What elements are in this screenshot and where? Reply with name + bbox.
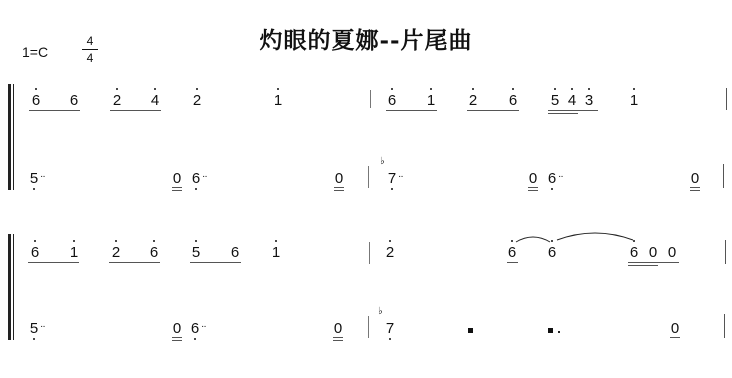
augmentation-dot — [558, 331, 560, 333]
tie-slur — [516, 234, 552, 244]
augmentation-dots: ·· — [202, 171, 207, 182]
augmentation-dots: ·· — [40, 321, 45, 332]
augmentation-dots: ·· — [398, 171, 403, 182]
extension-dash — [548, 328, 553, 333]
underline — [333, 337, 343, 338]
underline — [172, 190, 182, 191]
note: 6 — [29, 245, 41, 261]
flat-accidental: ♭ — [378, 306, 383, 317]
barline — [368, 166, 369, 188]
note: 6 — [148, 245, 160, 261]
system-2-brace-thick — [8, 234, 11, 340]
note: 5 — [190, 245, 202, 261]
rest: 0 — [333, 171, 345, 187]
rest: 0 — [527, 171, 539, 187]
note: 6 — [506, 245, 518, 261]
underline — [334, 190, 344, 191]
underline — [172, 187, 182, 188]
note: 2 — [384, 245, 396, 261]
note: 6 — [546, 171, 558, 187]
augmentation-dots: ·· — [40, 171, 45, 182]
note: 7 — [386, 171, 398, 187]
note: 6 — [189, 321, 201, 337]
extension-dash — [468, 328, 473, 333]
underline — [548, 110, 598, 111]
barline — [370, 90, 371, 108]
rest: 0 — [171, 171, 183, 187]
note: 6 — [507, 93, 519, 109]
note: 6 — [386, 93, 398, 109]
underline — [172, 340, 182, 341]
note: 6 — [546, 245, 558, 261]
rest: 0 — [666, 245, 678, 261]
note: 4 — [566, 93, 578, 109]
note: 7 — [384, 321, 396, 337]
note: 2 — [467, 93, 479, 109]
note: 1 — [628, 93, 640, 109]
note: 6 — [30, 93, 42, 109]
rest: 0 — [689, 171, 701, 187]
underline — [507, 262, 518, 263]
note: 6 — [68, 93, 80, 109]
rest: 0 — [332, 321, 344, 337]
rest: 0 — [647, 245, 659, 261]
underline — [690, 187, 700, 188]
note: 3 — [583, 93, 595, 109]
underline — [628, 265, 658, 266]
underline — [528, 187, 538, 188]
underline — [190, 262, 241, 263]
note: 2 — [110, 245, 122, 261]
time-signature-bottom: 4 — [87, 51, 94, 65]
barline — [723, 164, 724, 188]
barline — [369, 242, 370, 264]
rest: 0 — [669, 321, 681, 337]
underline — [386, 110, 437, 111]
note: 5 — [549, 93, 561, 109]
system-1-brace-thin — [13, 84, 14, 190]
time-signature-top: 4 — [87, 34, 94, 48]
underline — [29, 110, 80, 111]
underline — [628, 262, 679, 263]
system-1-brace-thick — [8, 84, 11, 190]
note: 1 — [68, 245, 80, 261]
underline — [690, 190, 700, 191]
time-signature: 4 4 — [82, 34, 98, 65]
underline — [548, 113, 578, 114]
barline — [726, 88, 727, 110]
barline — [725, 240, 726, 264]
note: 1 — [425, 93, 437, 109]
system-2-brace-thin — [13, 234, 14, 340]
note: 6 — [229, 245, 241, 261]
note: 2 — [111, 93, 123, 109]
note: 5 — [28, 321, 40, 337]
note: 2 — [191, 93, 203, 109]
underline — [333, 340, 343, 341]
underline — [28, 262, 79, 263]
rest: 0 — [171, 321, 183, 337]
note: 6 — [628, 245, 640, 261]
augmentation-dots: ·· — [558, 171, 563, 182]
underline — [670, 337, 680, 338]
note: 4 — [149, 93, 161, 109]
tie-slur — [557, 230, 637, 242]
underline — [172, 337, 182, 338]
barline — [724, 314, 725, 338]
underline — [334, 187, 344, 188]
time-signature-line — [82, 49, 98, 50]
augmentation-dots: ·· — [201, 321, 206, 332]
note: 1 — [272, 93, 284, 109]
note: 5 — [28, 171, 40, 187]
underline — [467, 110, 519, 111]
score-title: 灼眼的夏娜--片尾曲 — [0, 22, 732, 55]
note: 6 — [190, 171, 202, 187]
underline — [110, 110, 161, 111]
barline — [368, 316, 369, 338]
underline — [528, 190, 538, 191]
flat-accidental: ♭ — [380, 156, 385, 167]
underline — [109, 262, 160, 263]
note: 1 — [270, 245, 282, 261]
key-signature: 1=C — [22, 44, 48, 60]
